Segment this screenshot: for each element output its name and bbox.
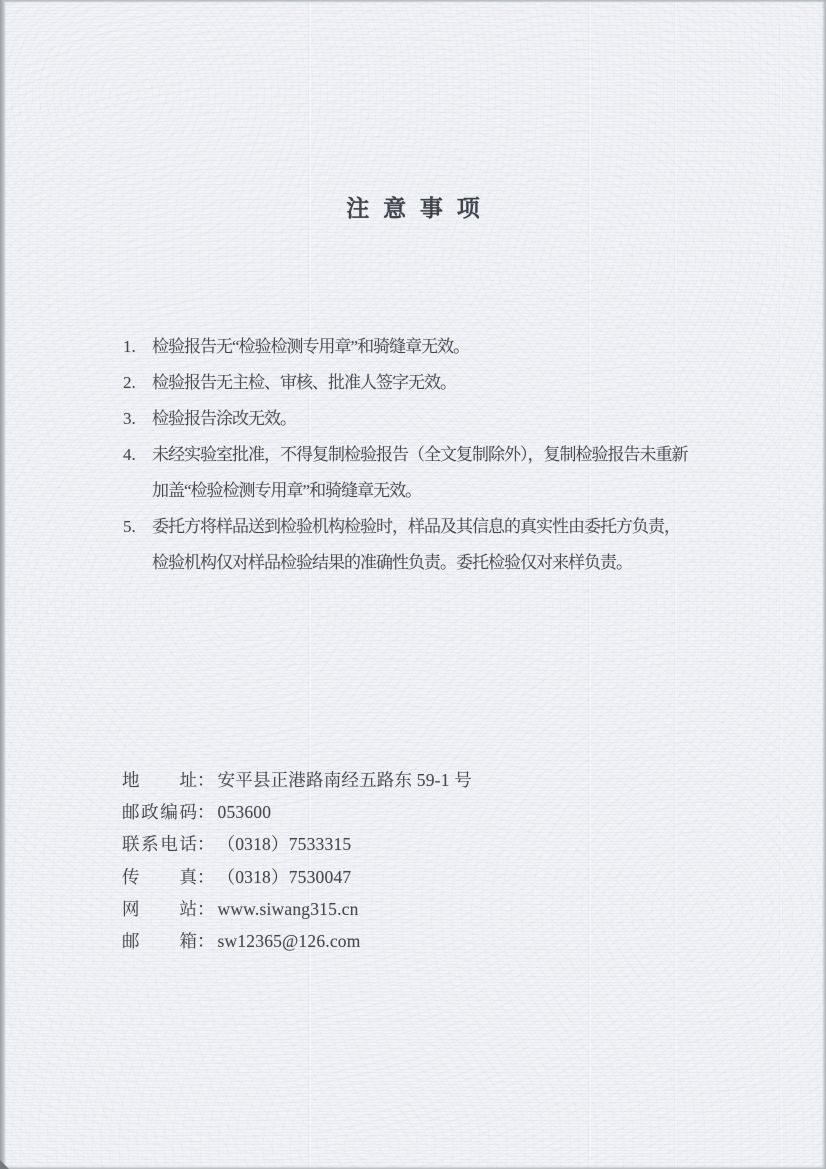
contact-line: 联系电话：（0318）7533315 [122,828,472,860]
notice-item: 5.委托方将样品送到检验机构检验时，样品及其信息的真实性由委托方负责， 检验机构… [123,509,763,581]
notice-item-text: 检验报告无“检验检测专用章”和骑缝章无效。 [152,329,763,365]
paper-crease [674,0,677,1169]
contact-value: www.siwang315.cn [218,899,359,919]
paper-crease [779,0,782,1169]
scan-edge-top [0,0,826,3]
paper-crease [588,0,591,1169]
contact-line: 邮政编码：053600 [122,796,472,828]
contact-label: 邮箱 [122,925,197,957]
document-page: 注意事项 1.检验报告无“检验检测专用章”和骑缝章无效。2.检验报告无主检、审核… [0,0,826,1169]
contact-label: 联系电话 [122,828,197,860]
contact-line: 网站：www.siwang315.cn [122,893,472,925]
notice-item-number: 5. [123,509,152,545]
contact-label-colon: ： [197,861,215,893]
page-title: 注意事项 [0,190,826,223]
contact-label-colon: ： [197,796,215,828]
contact-label-colon: ： [197,828,215,860]
notice-item-text: 委托方将样品送到检验机构检验时，样品及其信息的真实性由委托方负责， 检验机构仅对… [152,509,763,581]
contact-value: （0318）7530047 [218,867,352,887]
contact-label-colon: ： [197,893,215,925]
scan-corner-artifact [0,1160,9,1169]
notice-item: 1.检验报告无“检验检测专用章”和骑缝章无效。 [123,329,763,365]
contact-value: sw12365@126.com [218,931,361,951]
notice-item-number: 3. [123,401,152,437]
notice-item: 2.检验报告无主检、审核、批准人签字无效。 [123,365,763,401]
contact-line: 邮箱：sw12365@126.com [122,925,472,957]
contact-line: 传真：（0318）7530047 [122,861,472,893]
scan-edge-right [822,0,826,1169]
contact-label-colon: ： [197,925,215,957]
contact-label: 传真 [122,861,197,893]
notice-item-text: 检验报告无主检、审核、批准人签字无效。 [152,365,763,401]
notice-item: 3.检验报告涂改无效。 [123,401,763,437]
contact-label: 网站 [122,893,197,925]
contact-value: 安平县正港路南经五路东 59-1 号 [218,770,472,790]
contact-value: 053600 [218,802,272,822]
notice-item-number: 4. [123,437,152,473]
notice-item-text: 检验报告涂改无效。 [152,401,763,437]
security-paper-texture [0,0,826,1169]
contact-line: 地址：安平县正港路南经五路东 59-1 号 [122,764,472,796]
paper-crease [308,0,311,1169]
contact-label-colon: ： [197,764,215,796]
contact-info-block: 地址：安平县正港路南经五路东 59-1 号邮政编码：053600联系电话：（03… [122,764,472,957]
notice-item-number: 2. [123,365,152,401]
contact-label: 地址 [122,764,197,796]
contact-value: （0318）7533315 [218,834,352,854]
notice-item-text: 未经实验室批准，不得复制检验报告（全文复制除外），复制检验报告未重新 加盖“检验… [152,437,763,509]
scan-edge-left [0,0,6,1169]
notice-item-number: 1. [123,329,152,365]
notice-list: 1.检验报告无“检验检测专用章”和骑缝章无效。2.检验报告无主检、审核、批准人签… [123,329,763,581]
contact-label: 邮政编码 [122,796,197,828]
notice-item: 4.未经实验室批准，不得复制检验报告（全文复制除外），复制检验报告未重新 加盖“… [123,437,763,509]
